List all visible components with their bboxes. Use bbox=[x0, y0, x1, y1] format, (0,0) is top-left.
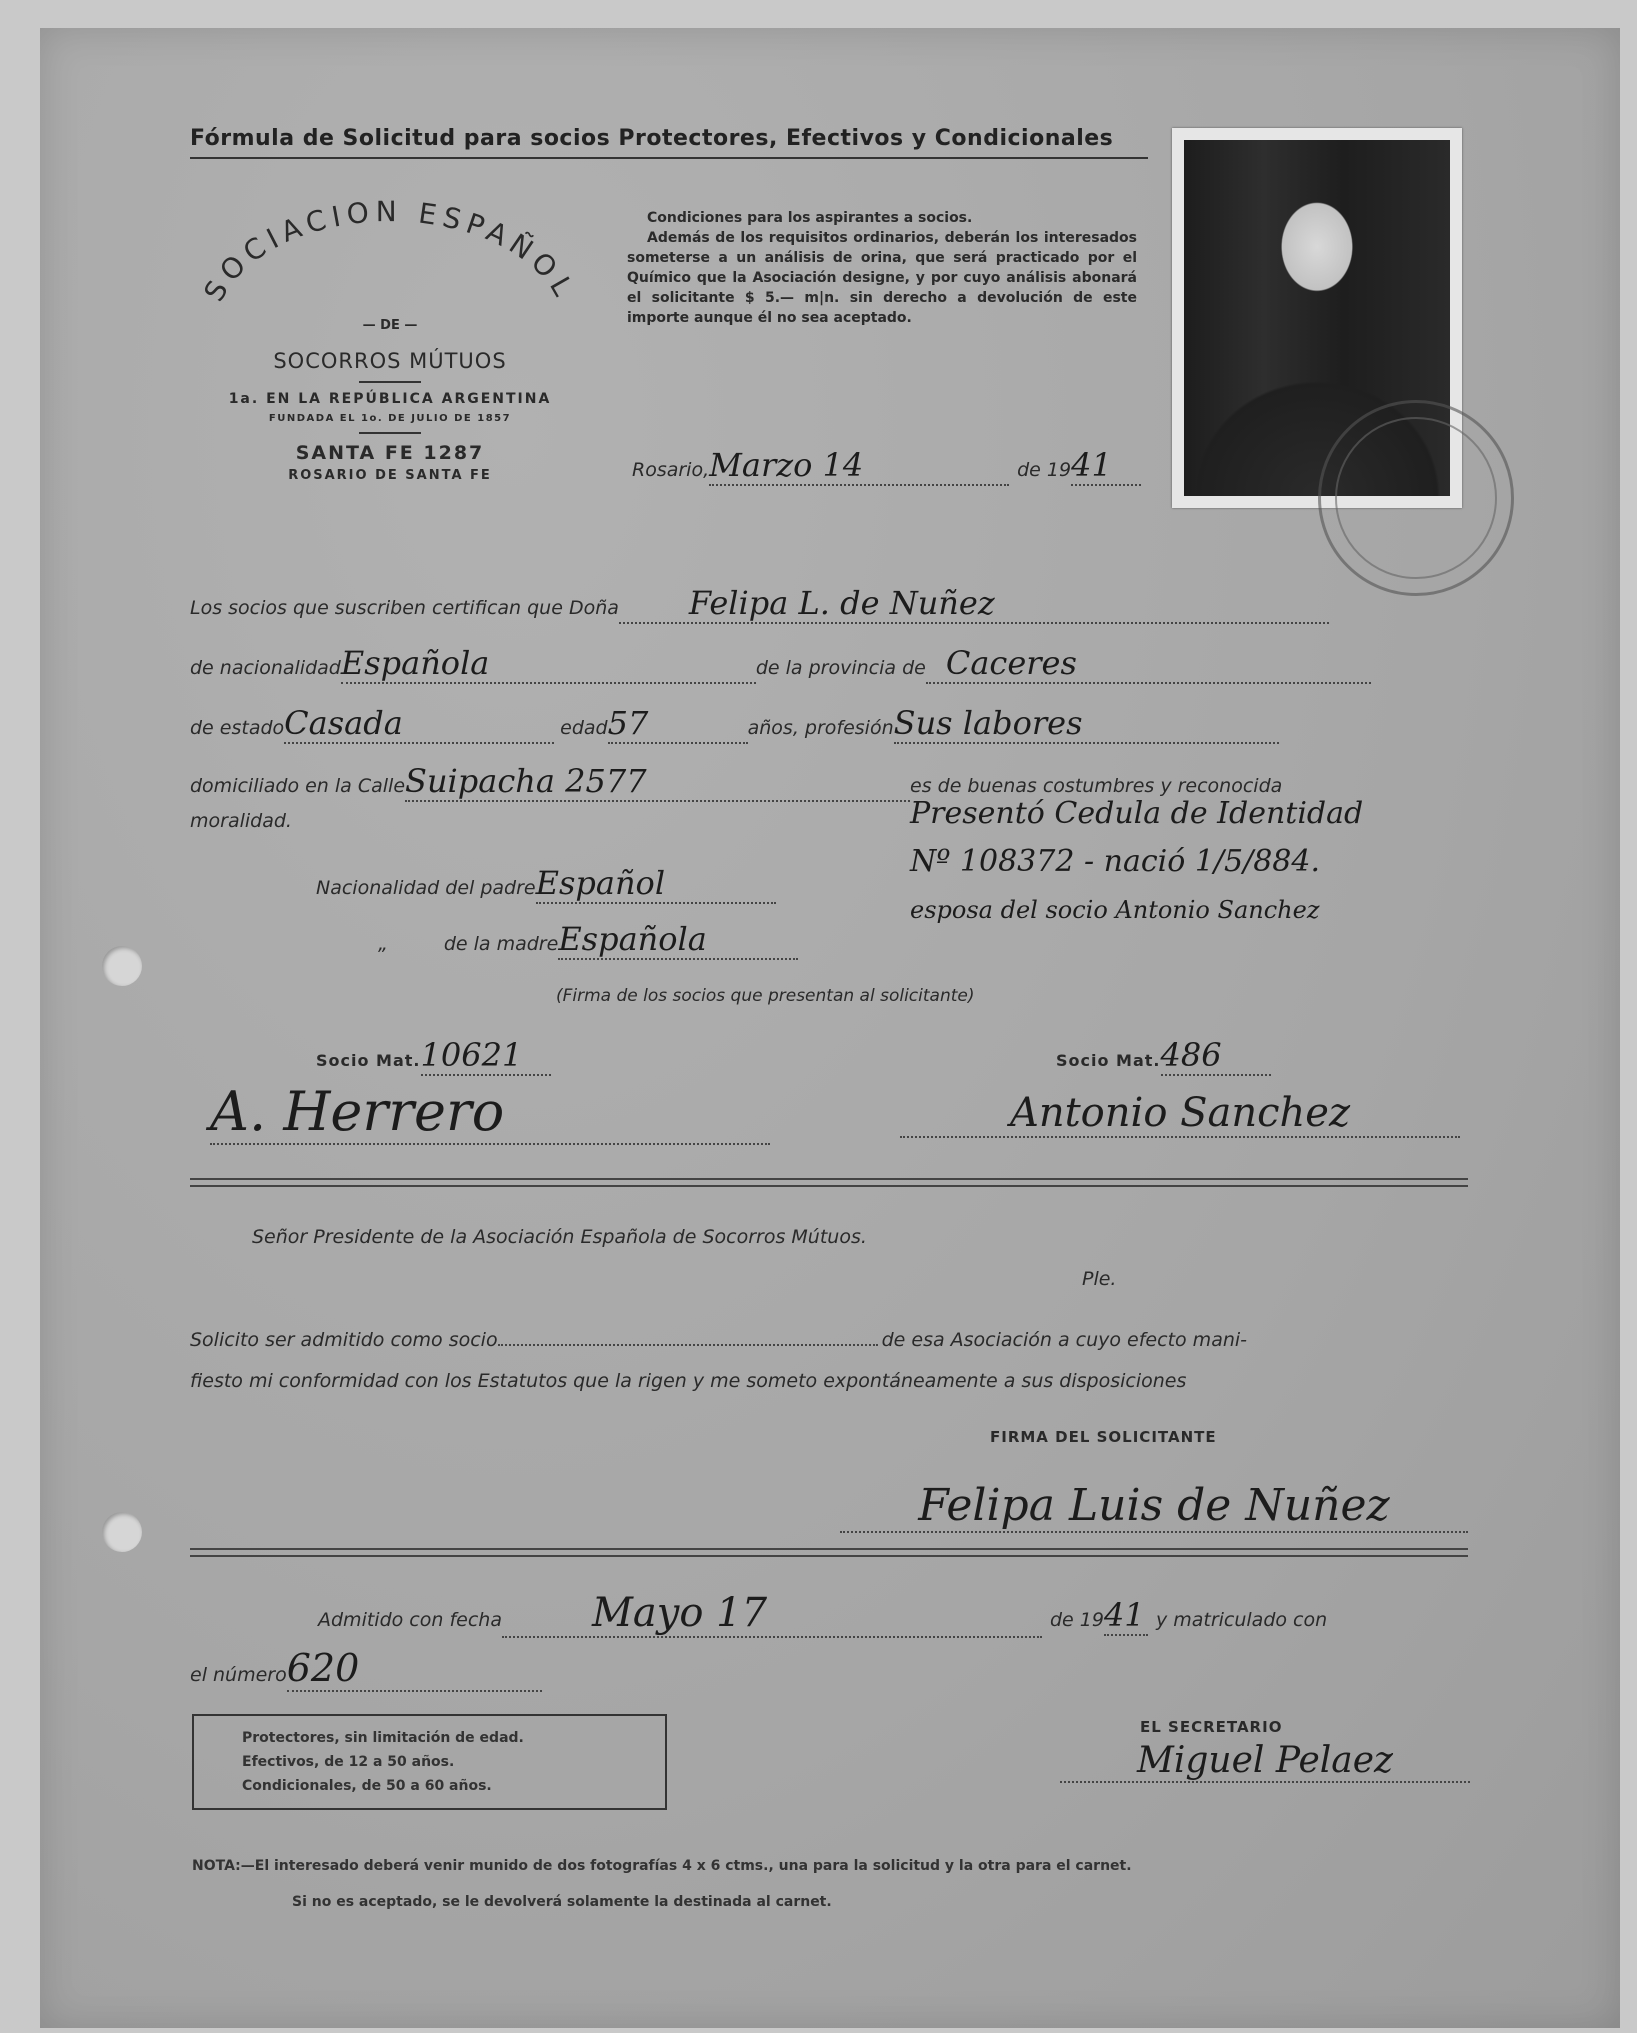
sponsor-left-mat-row: Socio Mat. 10621 bbox=[316, 1036, 551, 1076]
admission-date-field[interactable]: Mayo 17 bbox=[502, 1590, 1042, 1638]
member-type-field[interactable] bbox=[498, 1326, 878, 1346]
note-line-1: NOTA:—El interesado deberá venir munido … bbox=[192, 1858, 1132, 1874]
category-protectores: Protectores, sin limitación de edad. bbox=[242, 1726, 665, 1750]
applicant-signature-label: FIRMA DEL SOLICITANTE bbox=[990, 1428, 1217, 1446]
address-field[interactable]: Suipacha 2577 bbox=[405, 762, 910, 802]
morality-row: moralidad. bbox=[190, 810, 292, 832]
certify-label: Los socios que suscriben certifican que … bbox=[190, 597, 619, 619]
category-condicionales: Condicionales, de 50 a 60 años. bbox=[242, 1774, 665, 1798]
petition-text-line-1: Solicito ser admitido como socio de esa … bbox=[190, 1326, 1247, 1351]
petition-text-1b: de esa Asociación a cuyo efecto mani- bbox=[882, 1329, 1247, 1351]
sponsor-right-mat-row: Socio Mat. 486 bbox=[1056, 1036, 1271, 1076]
category-efectivos: Efectivos, de 12 a 50 años. bbox=[242, 1750, 665, 1774]
place-label: Rosario, bbox=[632, 459, 709, 481]
petition-text-1a: Solicito ser admitido como socio bbox=[190, 1329, 498, 1351]
mother-nationality-field[interactable]: Española bbox=[558, 920, 798, 960]
province-label: de la provincia de bbox=[756, 657, 926, 679]
logo-name: SOCORROS MÚTUOS bbox=[190, 349, 590, 373]
annotation-line-3: esposa del socio Antonio Sanchez bbox=[910, 886, 1570, 934]
sponsor-left-mat-label: Socio Mat. bbox=[316, 1051, 421, 1070]
address-label: domiciliado en la Calle bbox=[190, 775, 405, 797]
mother-nationality-row: „ de la madre Española bbox=[378, 920, 798, 960]
nationality-field[interactable]: Española bbox=[341, 644, 756, 684]
profession-field[interactable]: Sus labores bbox=[894, 704, 1279, 744]
admission-label: Admitido con fecha bbox=[318, 1609, 502, 1631]
sponsors-caption: (Firma de los socios que presentan al so… bbox=[556, 986, 974, 1006]
secretary-signature[interactable]: Miguel Pelaez bbox=[1060, 1740, 1470, 1783]
marital-status-field[interactable]: Casada bbox=[284, 704, 554, 744]
annotation-line-2: Nº 108372 - nació 1/5/884. bbox=[910, 838, 1570, 886]
ditto-mark: „ bbox=[378, 933, 388, 955]
secretary-label: EL SECRETARIO bbox=[1140, 1718, 1282, 1736]
registration-number-field[interactable]: 620 bbox=[287, 1646, 542, 1692]
sponsor-right-signature[interactable]: Antonio Sanchez bbox=[900, 1090, 1460, 1138]
province-field[interactable]: Caceres bbox=[926, 644, 1371, 684]
admission-date-row: Admitido con fecha Mayo 17 de 19 41 y ma… bbox=[318, 1590, 1327, 1638]
logo-divider bbox=[359, 432, 421, 434]
petition-ple: Ple. bbox=[1082, 1268, 1116, 1290]
sponsor-right-mat-label: Socio Mat. bbox=[1056, 1051, 1161, 1070]
punch-hole-upper bbox=[102, 946, 142, 986]
mother-label: de la madre bbox=[444, 933, 558, 955]
status-age-profession-row: de estado Casada edad 57 años, profesión… bbox=[190, 704, 1279, 744]
registered-label: y matriculado con bbox=[1156, 1609, 1327, 1631]
svg-text:ASOCIACION ESPAÑOLA: ASOCIACION ESPAÑOLA bbox=[190, 200, 583, 307]
nationality-row: de nacionalidad Española de la provincia… bbox=[190, 644, 1371, 684]
logo-address: SANTA FE 1287 bbox=[190, 442, 590, 464]
father-nationality-field[interactable]: Español bbox=[536, 864, 776, 904]
date-year-field[interactable]: 41 bbox=[1071, 446, 1141, 486]
applicant-signature[interactable]: Felipa Luis de Nuñez bbox=[840, 1480, 1468, 1533]
conditions-body: Además de los requisitos ordinarios, deb… bbox=[627, 228, 1137, 328]
applicant-name-row: Los socios que suscriben certifican que … bbox=[190, 584, 1329, 624]
age-field[interactable]: 57 bbox=[608, 704, 748, 744]
number-label: el número bbox=[190, 1664, 287, 1686]
association-logo: ASOCIACION ESPAÑOLA — DE — SOCORROS MÚTU… bbox=[190, 200, 590, 483]
admission-year-label: de 19 bbox=[1050, 1609, 1104, 1631]
logo-de: — DE — bbox=[190, 318, 590, 333]
registration-number-row: el número 620 bbox=[190, 1646, 542, 1692]
profession-label: años, profesión bbox=[748, 717, 894, 739]
handwritten-annotation: Presentó Cedula de Identidad Nº 108372 -… bbox=[910, 790, 1570, 934]
father-label: Nacionalidad del padre bbox=[316, 877, 536, 899]
logo-arc-text: ASOCIACION ESPAÑOLA bbox=[190, 200, 590, 310]
logo-republic: 1a. EN LA REPÚBLICA ARGENTINA bbox=[190, 391, 590, 407]
nationality-label: de nacionalidad bbox=[190, 657, 341, 679]
punch-hole-lower bbox=[102, 1512, 142, 1552]
logo-city: ROSARIO DE SANTA FE bbox=[190, 468, 590, 483]
section-divider bbox=[190, 1178, 1468, 1187]
stamp-inner-ring bbox=[1335, 417, 1497, 579]
date-line: Rosario, Marzo 14 de 19 41 bbox=[632, 446, 1141, 486]
year-label: de 19 bbox=[1017, 459, 1071, 481]
petition-text-line-2: fiesto mi conformidad con los Estatutos … bbox=[190, 1370, 1186, 1392]
petition-salutation: Señor Presidente de la Asociación Españo… bbox=[252, 1226, 867, 1248]
association-stamp bbox=[1318, 400, 1514, 596]
section-divider bbox=[190, 1548, 1468, 1557]
father-nationality-row: Nacionalidad del padre Español bbox=[316, 864, 776, 904]
admission-year-field[interactable]: 41 bbox=[1104, 1596, 1148, 1636]
sponsor-left-signature[interactable]: A. Herrero bbox=[210, 1080, 770, 1145]
applicant-name-field[interactable]: Felipa L. de Nuñez bbox=[619, 584, 1329, 624]
conditions-heading: Condiciones para los aspirantes a socios… bbox=[627, 208, 1137, 228]
status-label: de estado bbox=[190, 717, 284, 739]
logo-divider bbox=[359, 381, 421, 383]
note-line-2: Si no es aceptado, se le devolverá solam… bbox=[292, 1894, 832, 1910]
form-title: Fórmula de Solicitud para socios Protect… bbox=[190, 126, 1148, 159]
logo-founded: FUNDADA EL 1o. DE JULIO DE 1857 bbox=[190, 413, 590, 424]
date-month-day-field[interactable]: Marzo 14 bbox=[709, 446, 1009, 486]
sponsor-left-mat-field[interactable]: 10621 bbox=[421, 1036, 551, 1076]
conditions-block: Condiciones para los aspirantes a socios… bbox=[627, 208, 1137, 328]
member-categories-box: Protectores, sin limitación de edad. Efe… bbox=[192, 1714, 667, 1810]
sponsor-right-mat-field[interactable]: 486 bbox=[1161, 1036, 1271, 1076]
age-label: edad bbox=[560, 717, 607, 739]
morality-label-2: moralidad. bbox=[190, 810, 292, 832]
annotation-line-1: Presentó Cedula de Identidad bbox=[910, 790, 1570, 838]
